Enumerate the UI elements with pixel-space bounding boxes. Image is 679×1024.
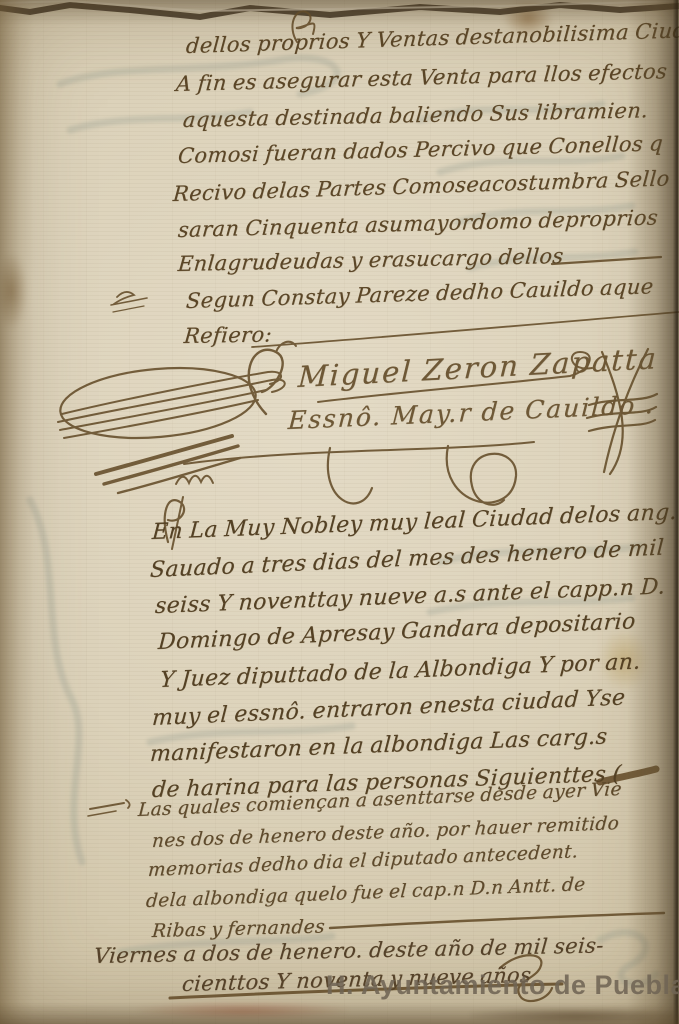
signature-title: Essnô. May.r de Cauildo . <box>287 390 656 435</box>
edge-stain <box>0 252 28 330</box>
manuscript-line: aquesta destinada baliendo Sus libramien… <box>182 98 649 132</box>
manuscript-line: A fin es asegurar esta Venta para llos e… <box>175 59 668 96</box>
manuscript-line: dellos proprios Y Ventas destanobilisima… <box>185 18 679 58</box>
manuscript-line: dela albondiga quelo fue el cap.n D.n An… <box>145 874 586 912</box>
manuscript-line: Refiero: <box>183 322 273 348</box>
manuscript-line: manifestaron en la albondiga Las carg.s <box>149 724 608 767</box>
page-edge-bottom <box>0 1002 679 1024</box>
manuscript-line: Ribas y fernandes <box>151 916 326 942</box>
signature-name: Miguel Zeron Zapatta <box>297 341 659 394</box>
manuscript-line: Enlagrudeudas y erasucargo dellos <box>177 244 565 276</box>
manuscript-line: Recivo delas Partes Comoseacostumbra Sel… <box>172 166 670 206</box>
shadow-blot <box>470 1008 679 1024</box>
page-edge-left <box>0 0 34 1024</box>
left-oval-rubric <box>57 361 284 493</box>
archive-watermark-text: H. Ayuntamiento de Puebla <box>326 970 679 1001</box>
manuscript-line: Sauado a tres dias del mes des henero de… <box>149 536 665 584</box>
manuscript-line: Comosi fueran dados Percivo que Conellos… <box>177 131 664 168</box>
manuscript-page: dellos proprios Y Ventas destanobilisima… <box>0 0 679 1024</box>
manuscript-line: Y Juez diputtado de la Albondiga Y por a… <box>159 649 641 693</box>
torn-top-edge <box>0 1 679 17</box>
red-smear <box>138 1002 348 1020</box>
manuscript-line: muy el essnô. entraron enesta ciudad Yse <box>151 685 626 731</box>
manuscript-line: saran Cinquenta asumayordomo deproprios <box>177 205 659 242</box>
manuscript-line: Segun Constay Pareze dedho Cauildo aque <box>185 274 654 313</box>
